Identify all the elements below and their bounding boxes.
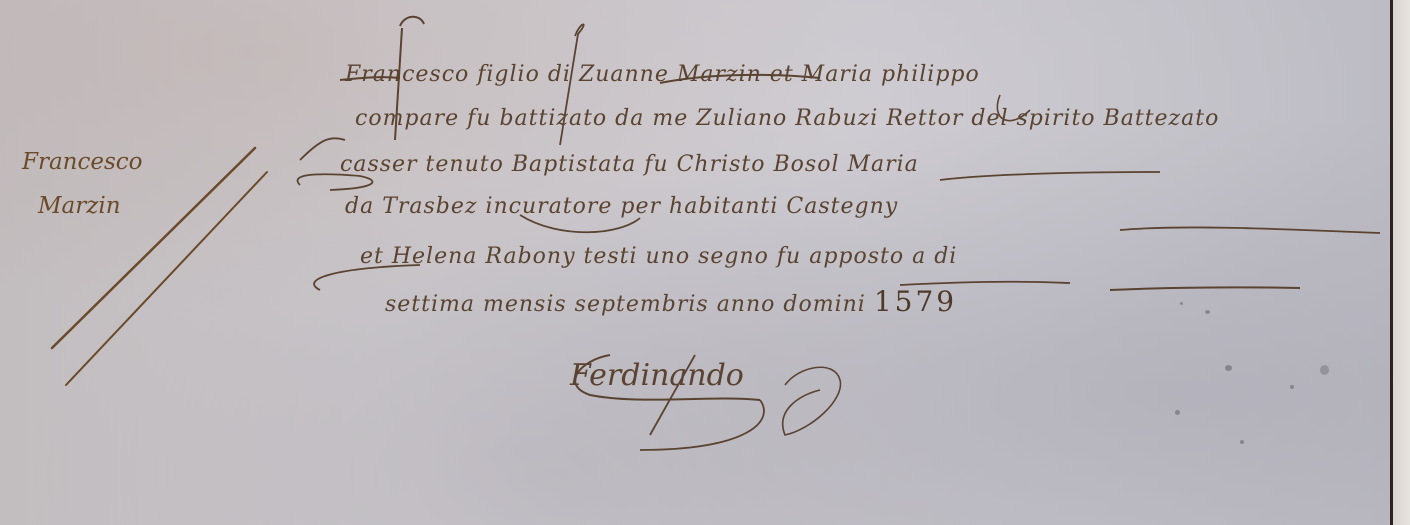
record-date-text: settima mensis septembris anno domini: [385, 292, 866, 317]
ink-spot: [1205, 310, 1210, 314]
ink-spot: [1290, 385, 1294, 389]
record-line-1: Francesco figlio di Zuanne Marzin et Mar…: [345, 62, 980, 87]
margin-note-first-name: Francesco: [22, 140, 222, 184]
record-year: 1579: [874, 285, 957, 318]
ink-spot: [1175, 410, 1180, 415]
record-line-6: settima mensis septembris anno domini 15…: [385, 285, 957, 318]
ink-spot: [1225, 365, 1232, 371]
margin-note-surname: Marzin: [38, 184, 222, 228]
record-line-5: et Helena Rabony testi uno segno fu appo…: [360, 244, 957, 269]
ink-spot: [1180, 302, 1183, 305]
adjacent-page-strip: [1393, 0, 1410, 525]
ink-spot: [1240, 440, 1244, 444]
record-line-2: compare fu battizato da me Zuliano Rabuz…: [355, 106, 1219, 131]
record-line-4: da Trasbez incuratore per habitanti Cast…: [345, 194, 898, 219]
margin-note: Francesco Marzin: [22, 140, 222, 228]
ink-spot: [1320, 365, 1329, 375]
record-line-3: casser tenuto Baptistata fu Christo Boso…: [340, 152, 919, 177]
priest-signature: Ferdinando: [570, 358, 744, 393]
